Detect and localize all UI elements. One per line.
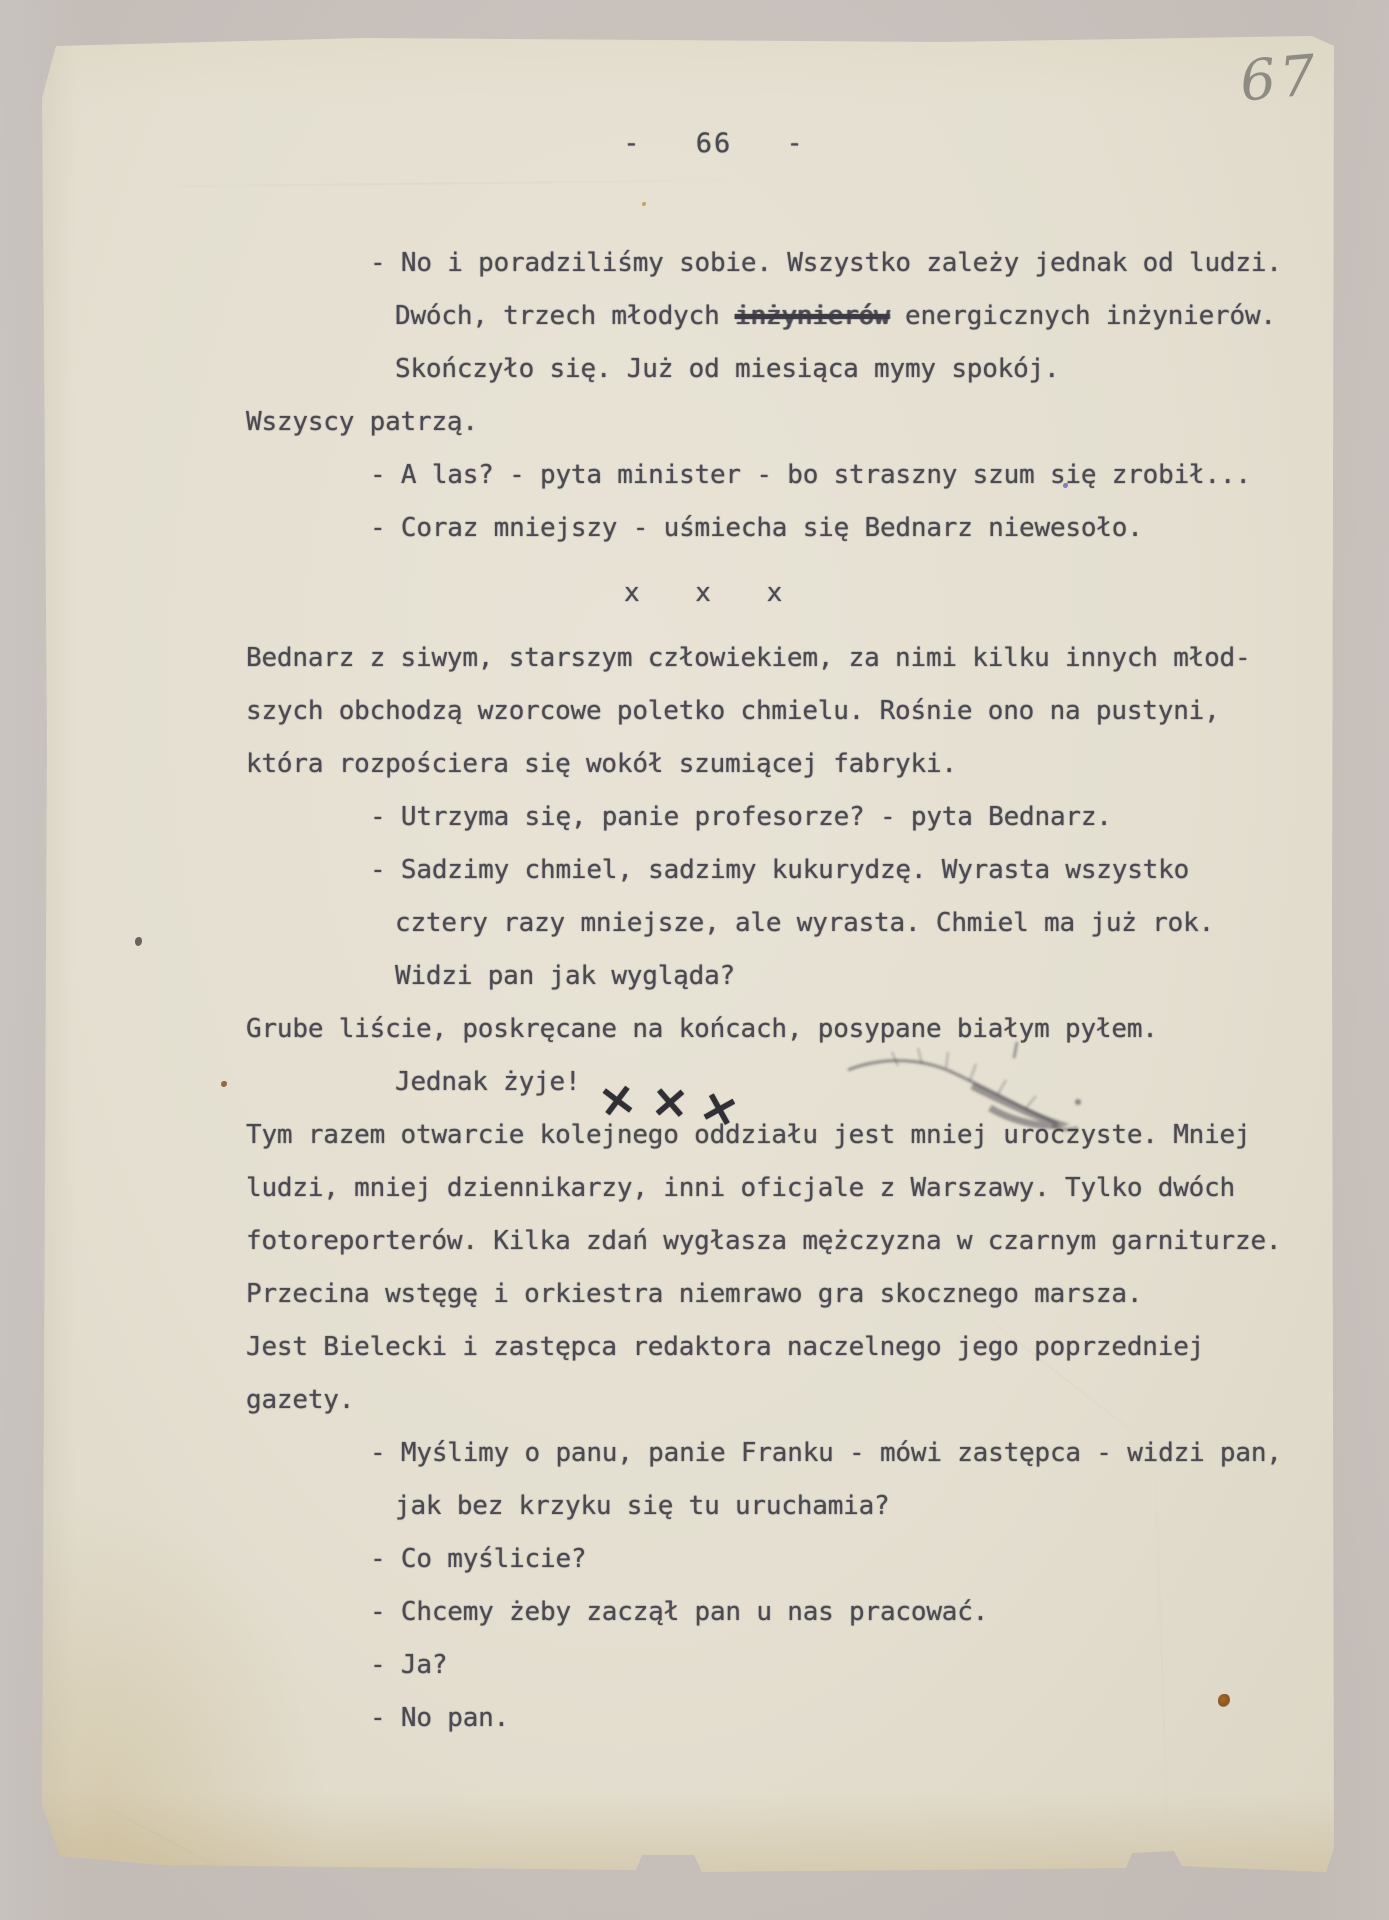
typescript-line: Bednarz z siwym, starszym człowiekiem, z… [246, 632, 1351, 685]
typescript-line: - A las? - pyta minister - bo straszny s… [246, 449, 1351, 502]
typescript-line: Tym razem otwarcie kolejnego oddziału je… [246, 1109, 1351, 1162]
typescript-line: Jednak żyje! [246, 1056, 1351, 1109]
stain-speck [221, 1081, 227, 1087]
typescript-line: gazety. [246, 1374, 1351, 1427]
typescript-line: - Chcemy żeby zaczął pan u nas pracować. [246, 1586, 1351, 1639]
typescript-line: - No i poradziliśmy sobie. Wszystko zale… [246, 237, 1351, 290]
typescript-line: cztery razy mniejsze, ale wyrasta. Chmie… [246, 897, 1351, 950]
typescript-text: - No i poradziliśmy sobie. Wszystko zale… [246, 237, 1351, 1745]
typescript-line: - Sadzimy chmiel, sadzimy kukurydzę. Wyr… [246, 844, 1351, 897]
stain-speck [642, 202, 646, 206]
typed-page-number: - 66 - [623, 128, 805, 159]
typescript-line: szych obchodzą wzorcowe poletko chmielu.… [246, 685, 1351, 738]
typescript-line: Widzi pan jak wygląda? [246, 950, 1351, 1003]
typescript-line: Skończyło się. Już od miesiąca mymy spok… [246, 343, 1351, 396]
typescript-line: - Ja? [246, 1639, 1351, 1692]
typescript-line: - Coraz mniejszy - uśmiecha się Bednarz … [246, 502, 1351, 555]
typescript-line: - Utrzyma się, panie profesorze? - pyta … [246, 791, 1351, 844]
text-segment: energicznych inżynierów. [890, 301, 1276, 331]
typescript-line: ludzi, mniej dziennikarzy, inni oficjale… [246, 1162, 1351, 1215]
text-segment: Dwóch, trzech młodych [395, 301, 735, 331]
typescript-line: Wszyscy patrzą. [246, 396, 1351, 449]
cross-mark: × [649, 1077, 691, 1126]
typescript-line: - Myślimy o panu, panie Franku - mówi za… [246, 1427, 1351, 1480]
typescript-line: fotoreporterów. Kilka zdań wygłasza mężc… [246, 1215, 1351, 1268]
typescript-line: Jest Bielecki i zastępca redaktora nacze… [246, 1321, 1351, 1374]
typescript-line: która rozpościera się wokół szumiącej fa… [246, 738, 1351, 791]
handwritten-crosses: ××× [598, 1076, 756, 1122]
ink-speck [135, 937, 142, 946]
paper-crease [102, 179, 742, 188]
typed-section-break: x x x [246, 567, 1351, 620]
typescript-line: Dwóch, trzech młodych inżynierów energic… [246, 290, 1351, 343]
struck-word: inżynierów [735, 301, 890, 331]
typescript-line: - No pan. [246, 1692, 1351, 1745]
typescript-line: Grube liście, poskręcane na końcach, pos… [246, 1003, 1351, 1056]
typescript-page: 67 - 66 - - No i poradziliśmy sobie. Wsz… [42, 36, 1334, 1876]
typescript-line: Przecina wstęgę i orkiestra niemrawo gra… [246, 1268, 1351, 1321]
typescript-line: jak bez krzyku się tu uruchamia? [246, 1480, 1351, 1533]
cross-mark: × [595, 1074, 640, 1125]
typescript-line: - Co myślicie? [246, 1533, 1351, 1586]
